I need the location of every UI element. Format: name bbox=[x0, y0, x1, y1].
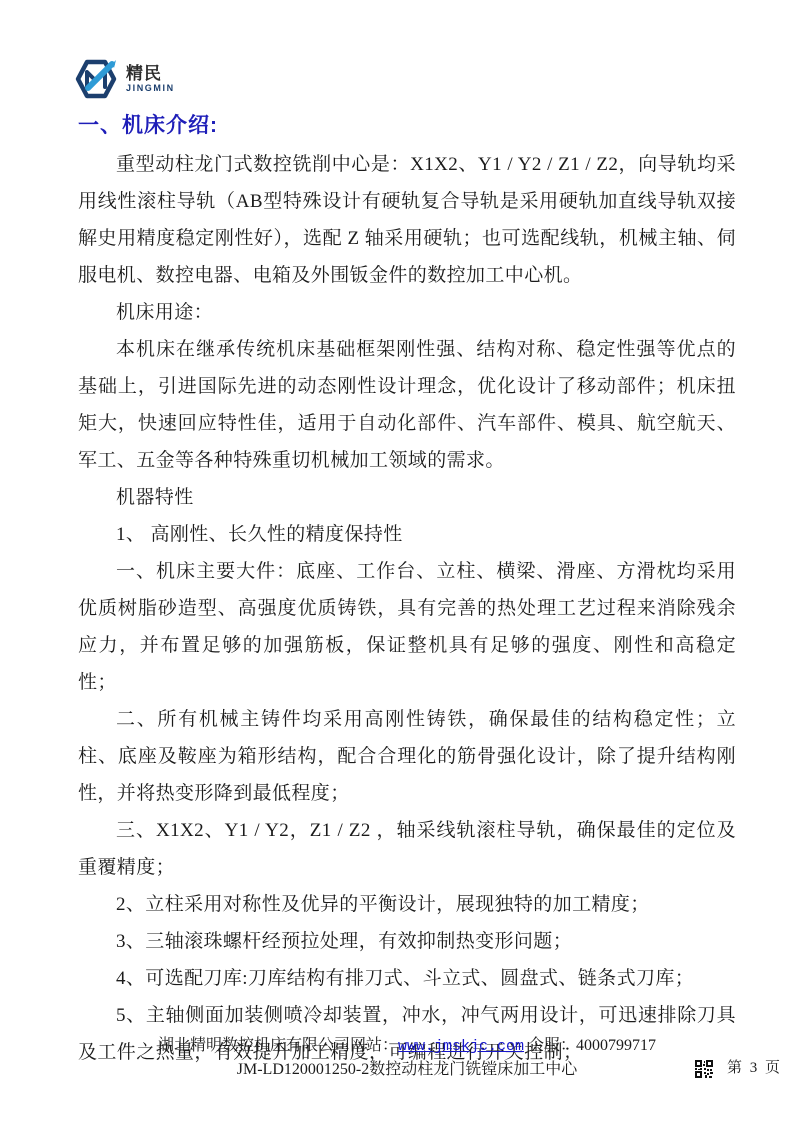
footer-page-tag: 第 3 页 bbox=[652, 1057, 782, 1080]
qr-code-icon bbox=[695, 1060, 713, 1078]
feature-1-item-1: 一、机床主要大件：底座、工作台、立柱、横梁、滑座、方滑枕均采用优质树脂砂造型、高… bbox=[78, 553, 736, 701]
footer-model-line: JM-LD120001250-2数控动柱龙门铣镗床加工中心 bbox=[78, 1058, 736, 1081]
footer-company-prefix: 湖北精明数控机床有限公司网站： bbox=[158, 1037, 398, 1054]
page-content: 精民 JINGMIN 一、机床介绍: 重型动柱龙门式数控铣削中心是：X1X2、Y… bbox=[78, 54, 736, 1071]
page-number: 第 3 页 bbox=[727, 1057, 782, 1080]
document-page: { "logo": { "name_cn": "精民", "name_en": … bbox=[0, 0, 800, 1133]
feature-1-item-3: 三、X1X2、Y1 / Y2，Z1 / Z2 ，轴采线轨滚柱导轨，确保最佳的定位… bbox=[78, 812, 736, 886]
logo-name-en: JINGMIN bbox=[126, 84, 175, 93]
feature-4: 4、可选配刀库:刀库结构有排刀式、斗立式、圆盘式、链条式刀库； bbox=[78, 960, 736, 997]
usage-label: 机床用途： bbox=[78, 294, 736, 331]
website-link[interactable]: www.jmskjc.com bbox=[398, 1038, 524, 1055]
company-logo: 精民 JINGMIN bbox=[74, 54, 736, 104]
section-heading: 一、机床介绍: bbox=[78, 112, 736, 140]
feature-1-item-2: 二、所有机械主铸件均采用高刚性铸铁，确保最佳的结构稳定性；立柱、底座及鞍座为箱形… bbox=[78, 701, 736, 812]
footer-service-suffix: 企服：4000799717 bbox=[524, 1037, 656, 1054]
feature-2: 2、立柱采用对称性及优异的平衡设计，展现独特的加工精度； bbox=[78, 886, 736, 923]
paragraph-intro: 重型动柱龙门式数控铣削中心是：X1X2、Y1 / Y2 / Z1 / Z2，向导… bbox=[78, 146, 736, 294]
footer-company-line: 湖北精明数控机床有限公司网站：www.jmskjc.com 企服：4000799… bbox=[78, 1034, 736, 1058]
page-footer: 湖北精明数控机床有限公司网站：www.jmskjc.com 企服：4000799… bbox=[78, 1034, 736, 1081]
hexagon-m-logo-icon bbox=[74, 57, 120, 101]
feature-3: 3、三轴滚珠螺杆经预拉处理，有效抑制热变形问题； bbox=[78, 923, 736, 960]
features-label: 机器特性 bbox=[78, 479, 736, 516]
logo-text: 精民 JINGMIN bbox=[126, 65, 175, 93]
logo-name-cn: 精民 bbox=[126, 65, 175, 82]
feature-1-title: 1、 高刚性、长久性的精度保持性 bbox=[78, 516, 736, 553]
paragraph-usage: 本机床在继承传统机床基础框架刚性强、结构对称、稳定性强等优点的基础上，引进国际先… bbox=[78, 331, 736, 479]
